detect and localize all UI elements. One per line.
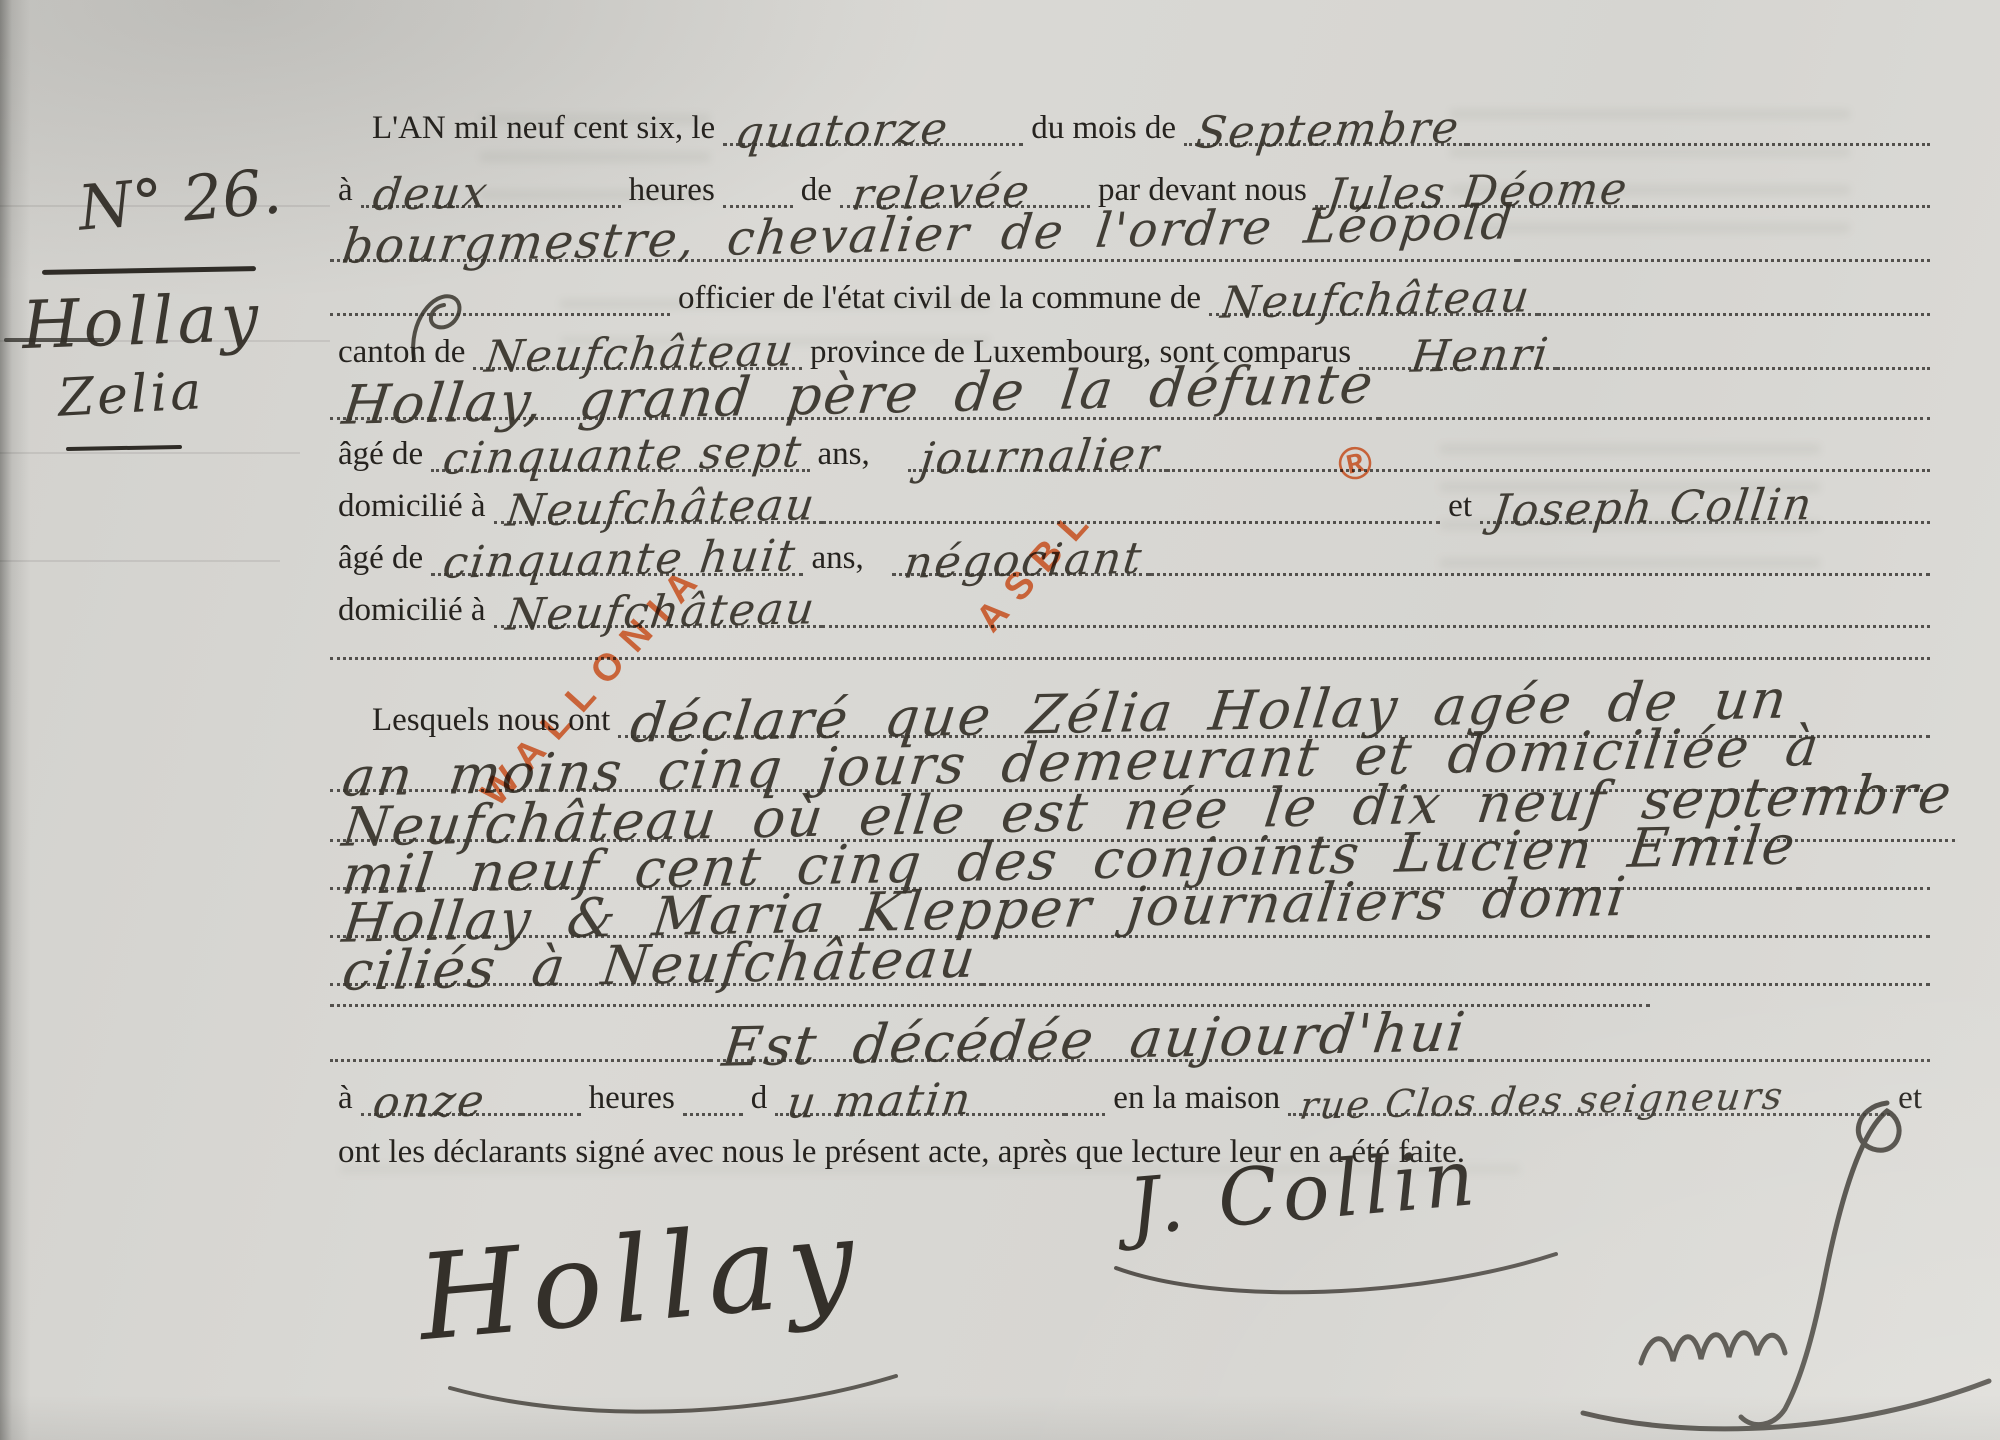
entry-declarant1-surname-relation: Hollay, grand père de la défunte: [330, 361, 1387, 429]
printed-year-phrase: L'AN mil neuf cent six, le: [364, 112, 723, 146]
dotted-line: [1538, 313, 1930, 316]
printed-en-la-maison: en la maison: [1105, 1082, 1288, 1116]
printed-du-mois-de: du mois de: [1023, 112, 1184, 146]
entry-declarant2-age-field: cinquante huit: [431, 545, 803, 576]
entry-death-period-field: u matin: [775, 1085, 1065, 1116]
entry-declarant1-domicile: Neufchâteau: [494, 486, 828, 530]
printed-canton-de: canton de: [330, 336, 473, 370]
entry-officiant-title: bourgmestre, chevalier de l'ordre Léopol…: [330, 202, 1526, 268]
margin-ruled-line: [0, 560, 280, 562]
entry-declarant2-name: Joseph Collin: [1480, 485, 1825, 530]
dotted-line: [521, 1113, 581, 1116]
dotted-line: [1635, 205, 1930, 208]
dotted-line: [1167, 469, 1930, 472]
form-line-declarant1-domicile: domicilié à Neufchâteau et Joseph Collin: [330, 474, 1930, 524]
mayor-signature-flourish: [1555, 1095, 1995, 1440]
entry-declaration-field: Hollay & Maria Klepper journaliers domi: [330, 901, 1630, 938]
dotted-line: [723, 205, 793, 208]
hollay-signature: Hollay: [415, 1213, 868, 1346]
entry-deces-phrase: Est décédée aujourd'hui: [710, 1009, 1479, 1071]
act-number: N° 26.: [76, 163, 284, 236]
entry-declarant1-occupation-field: journalier: [908, 441, 1167, 472]
document-page: N° 26. Hollay Zelia L'AN mil neuf cent s…: [0, 0, 2000, 1440]
form-line-blank: [330, 615, 1930, 660]
hollay-signature-flourish: [430, 1368, 910, 1438]
dotted-line: [330, 1059, 710, 1062]
printed-a: à: [330, 174, 361, 208]
printed-ans-2: ans,: [803, 542, 871, 576]
dotted-line: [1471, 1059, 1930, 1062]
entry-deces-field: Est décédée aujourd'hui: [710, 1025, 1471, 1062]
entry-month-field: Septembre: [1184, 115, 1467, 146]
dotted-line: [1150, 573, 1930, 576]
printed-ans: ans,: [810, 438, 878, 472]
entry-hour: deux: [361, 174, 501, 214]
entry-commune-field: Neufchâteau: [1209, 285, 1538, 316]
printed-heures: heures: [621, 174, 723, 208]
dotted-line: [1379, 417, 1930, 420]
margin-rule-short: [66, 445, 182, 451]
collin-signature-flourish: [1100, 1240, 1570, 1320]
dotted-line: [822, 521, 1440, 524]
entry-declarant1-age: cinquante sept: [431, 433, 815, 478]
margin-deceased-given-name: Zelia: [57, 368, 205, 422]
entry-death-hour-field: onze: [361, 1085, 521, 1116]
dotted-line: [1518, 259, 1930, 262]
printed-domicilie-a: domicilié à: [330, 490, 494, 524]
dotted-line: [1065, 1113, 1105, 1116]
printed-heures-2: heures: [581, 1082, 683, 1116]
entry-declarant2-age: cinquante huit: [431, 537, 809, 582]
entry-commune: Neufchâteau: [1209, 278, 1543, 322]
printed-de: de: [793, 174, 840, 208]
form-line-deces: Est décédée aujourd'hui: [330, 1012, 1930, 1062]
entry-declarant1-age-field: cinquante sept: [431, 441, 809, 472]
dotted-line: [683, 1113, 743, 1116]
margin-rule: [42, 266, 256, 275]
form-line-declaration-5: Hollay & Maria Klepper journaliers domi: [330, 888, 1930, 938]
printed-age-de: âgé de: [330, 438, 431, 472]
entry-death-period: u matin: [775, 1080, 984, 1122]
entry-officiant-title-field: bourgmestre, chevalier de l'ordre Léopol…: [330, 227, 1518, 262]
printed-et: et: [1440, 490, 1480, 524]
dotted-line: [1467, 143, 1930, 146]
printed-d: d: [743, 1082, 776, 1116]
form-line-declarant1-age: âgé de cinquante sept ans, journalier: [330, 422, 1930, 472]
form-line-officiant-title: bourgmestre, chevalier de l'ordre Léopol…: [330, 212, 1930, 262]
form-line-hour-officiant: à deux heures de relevée par devant nous…: [330, 158, 1930, 208]
dotted-line: [330, 657, 1930, 660]
margin-ruled-line: [0, 452, 300, 454]
entry-day-field: quatorze: [723, 115, 1023, 146]
dotted-line: [330, 313, 670, 316]
entry-declarant2-name-field: Joseph Collin: [1480, 493, 1880, 524]
entry-declarant1-occupation: journalier: [908, 435, 1172, 478]
entry-month: Septembre: [1184, 109, 1472, 152]
form-line-date: L'AN mil neuf cent six, le quatorze du m…: [330, 96, 1930, 146]
entry-declarant1-surname-field: Hollay, grand père de la défunte: [330, 383, 1379, 420]
entry-death-hour: onze: [361, 1082, 498, 1122]
printed-a-2: à: [330, 1082, 361, 1116]
entry-declarant1-firstname-field: Henri: [1359, 339, 1557, 370]
printed-officier-phrase: officier de l'état civil de la commune d…: [670, 282, 1209, 316]
collin-signature: J. Collin: [1126, 1147, 1482, 1240]
margin-deceased-surname: Hollay: [21, 288, 263, 356]
form-line-declarant2-age: âgé de cinquante huit ans, négociant: [330, 526, 1930, 576]
printed-age-de-2: âgé de: [330, 542, 431, 576]
dotted-line: [1880, 521, 1930, 524]
entry-day: quatorze: [723, 110, 961, 152]
entry-declarant1-domicile-field: Neufchâteau: [494, 493, 823, 524]
entry-hour-field: deux: [361, 177, 621, 208]
form-line-declarant1: Hollay, grand père de la défunte: [330, 370, 1930, 420]
form-line-commune: officier de l'état civil de la commune d…: [330, 266, 1930, 316]
